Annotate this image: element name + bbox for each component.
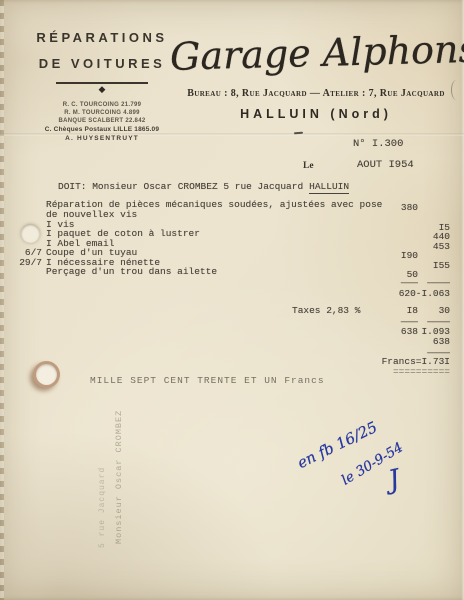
rule-col2: ———— [400,277,450,288]
after-tax-row: 638 I.093 [0,326,464,336]
amount-in-words: MILLE SEPT CENT TRENTE ET UN Francs [90,375,325,386]
subtotal-row: 620-I.063 [0,288,464,298]
diamond-icon: ◆ [26,85,178,94]
paper-deckle-edge [0,0,4,600]
item-description: Perçage d'un trou dans ailette [46,266,217,277]
total-row: Francs=I.73I [0,356,464,366]
registration-line: R. M. TOURCOING 4.899 [26,109,178,117]
garage-title: Garage Alphonse [169,20,462,86]
pen-mark [451,80,462,100]
reparations-title-line2: DE VOITURES [26,56,178,71]
reparations-title-line1: RÉPARATIONS [26,30,178,45]
registration-line: BANQUE SCALBERT 22.842 [26,117,178,125]
punch-hole-top [21,224,40,243]
registration-lines: R. C. TOURCOING 21.799 R. M. TOURCOING 4… [26,101,178,143]
masthead: Garage Alphonse Bureau : 8, Rue Jacquard… [170,24,462,121]
date-label: Le [303,161,314,171]
doit-client: Monsieur Oscar CROMBEZ 5 rue Jacquard [92,181,303,192]
registration-line: R. C. TOURCOING 21.799 [26,101,178,109]
invoice-line-item: de nouvellex vis [0,209,464,219]
city-line: HALLUIN (Nord) [170,107,462,121]
invoice-line-item: Réparation de pièces mécaniques soudées,… [0,199,464,209]
invoice-line-item: I paquet de coton à lustrer 440 [0,228,464,238]
total-double-rule: ========== [310,366,450,377]
taxes-row: Taxes 2,83 % I8 30 [0,305,464,315]
carry-col2: 638 [400,336,450,347]
registration-line: C. Chèques Postaux LILLE 1865.09 [26,125,178,134]
taxes-amount-col2: 30 [400,305,450,316]
proprietor-name: A. HUYSENTRUYT [26,134,178,143]
taxes-rule-row: ——— ———— [0,316,464,326]
punch-hole-bottom [33,361,60,388]
doit-label: DOIT: [58,181,87,192]
subtotal-value: 620-I.063 [310,288,450,299]
invoice-document: RÉPARATIONS DE VOITURES ◆ R. C. TOURCOIN… [0,0,464,600]
carry-row: 638 [0,336,464,346]
handwriting-initial: J [386,464,402,496]
subtotal-rule-row: ——— ———— [0,277,464,287]
invoice-line-item: Perçage d'un trou dans ailette 50 [0,266,464,276]
doit-city: HALLUIN [309,181,349,194]
invoice-number: N° I.300 [353,138,403,150]
ink-transfer-ghost-line2: 5 rue Jacquard [98,448,107,548]
invoice-date: AOUT I954 [357,159,414,171]
address-line: Bureau : 8, Rue Jacquard — Atelier : 7, … [170,88,462,99]
doit-line: DOIT: Monsieur Oscar CROMBEZ 5 rue Jacqu… [58,181,349,192]
invoice-line-item: 6/7 Coupe d'un tuyau I90 [0,247,464,257]
letterhead-left-block: RÉPARATIONS DE VOITURES ◆ R. C. TOURCOIN… [26,30,178,143]
ink-transfer-ghost-line1: Monsieur Oscar CROMBEZ [114,414,124,544]
